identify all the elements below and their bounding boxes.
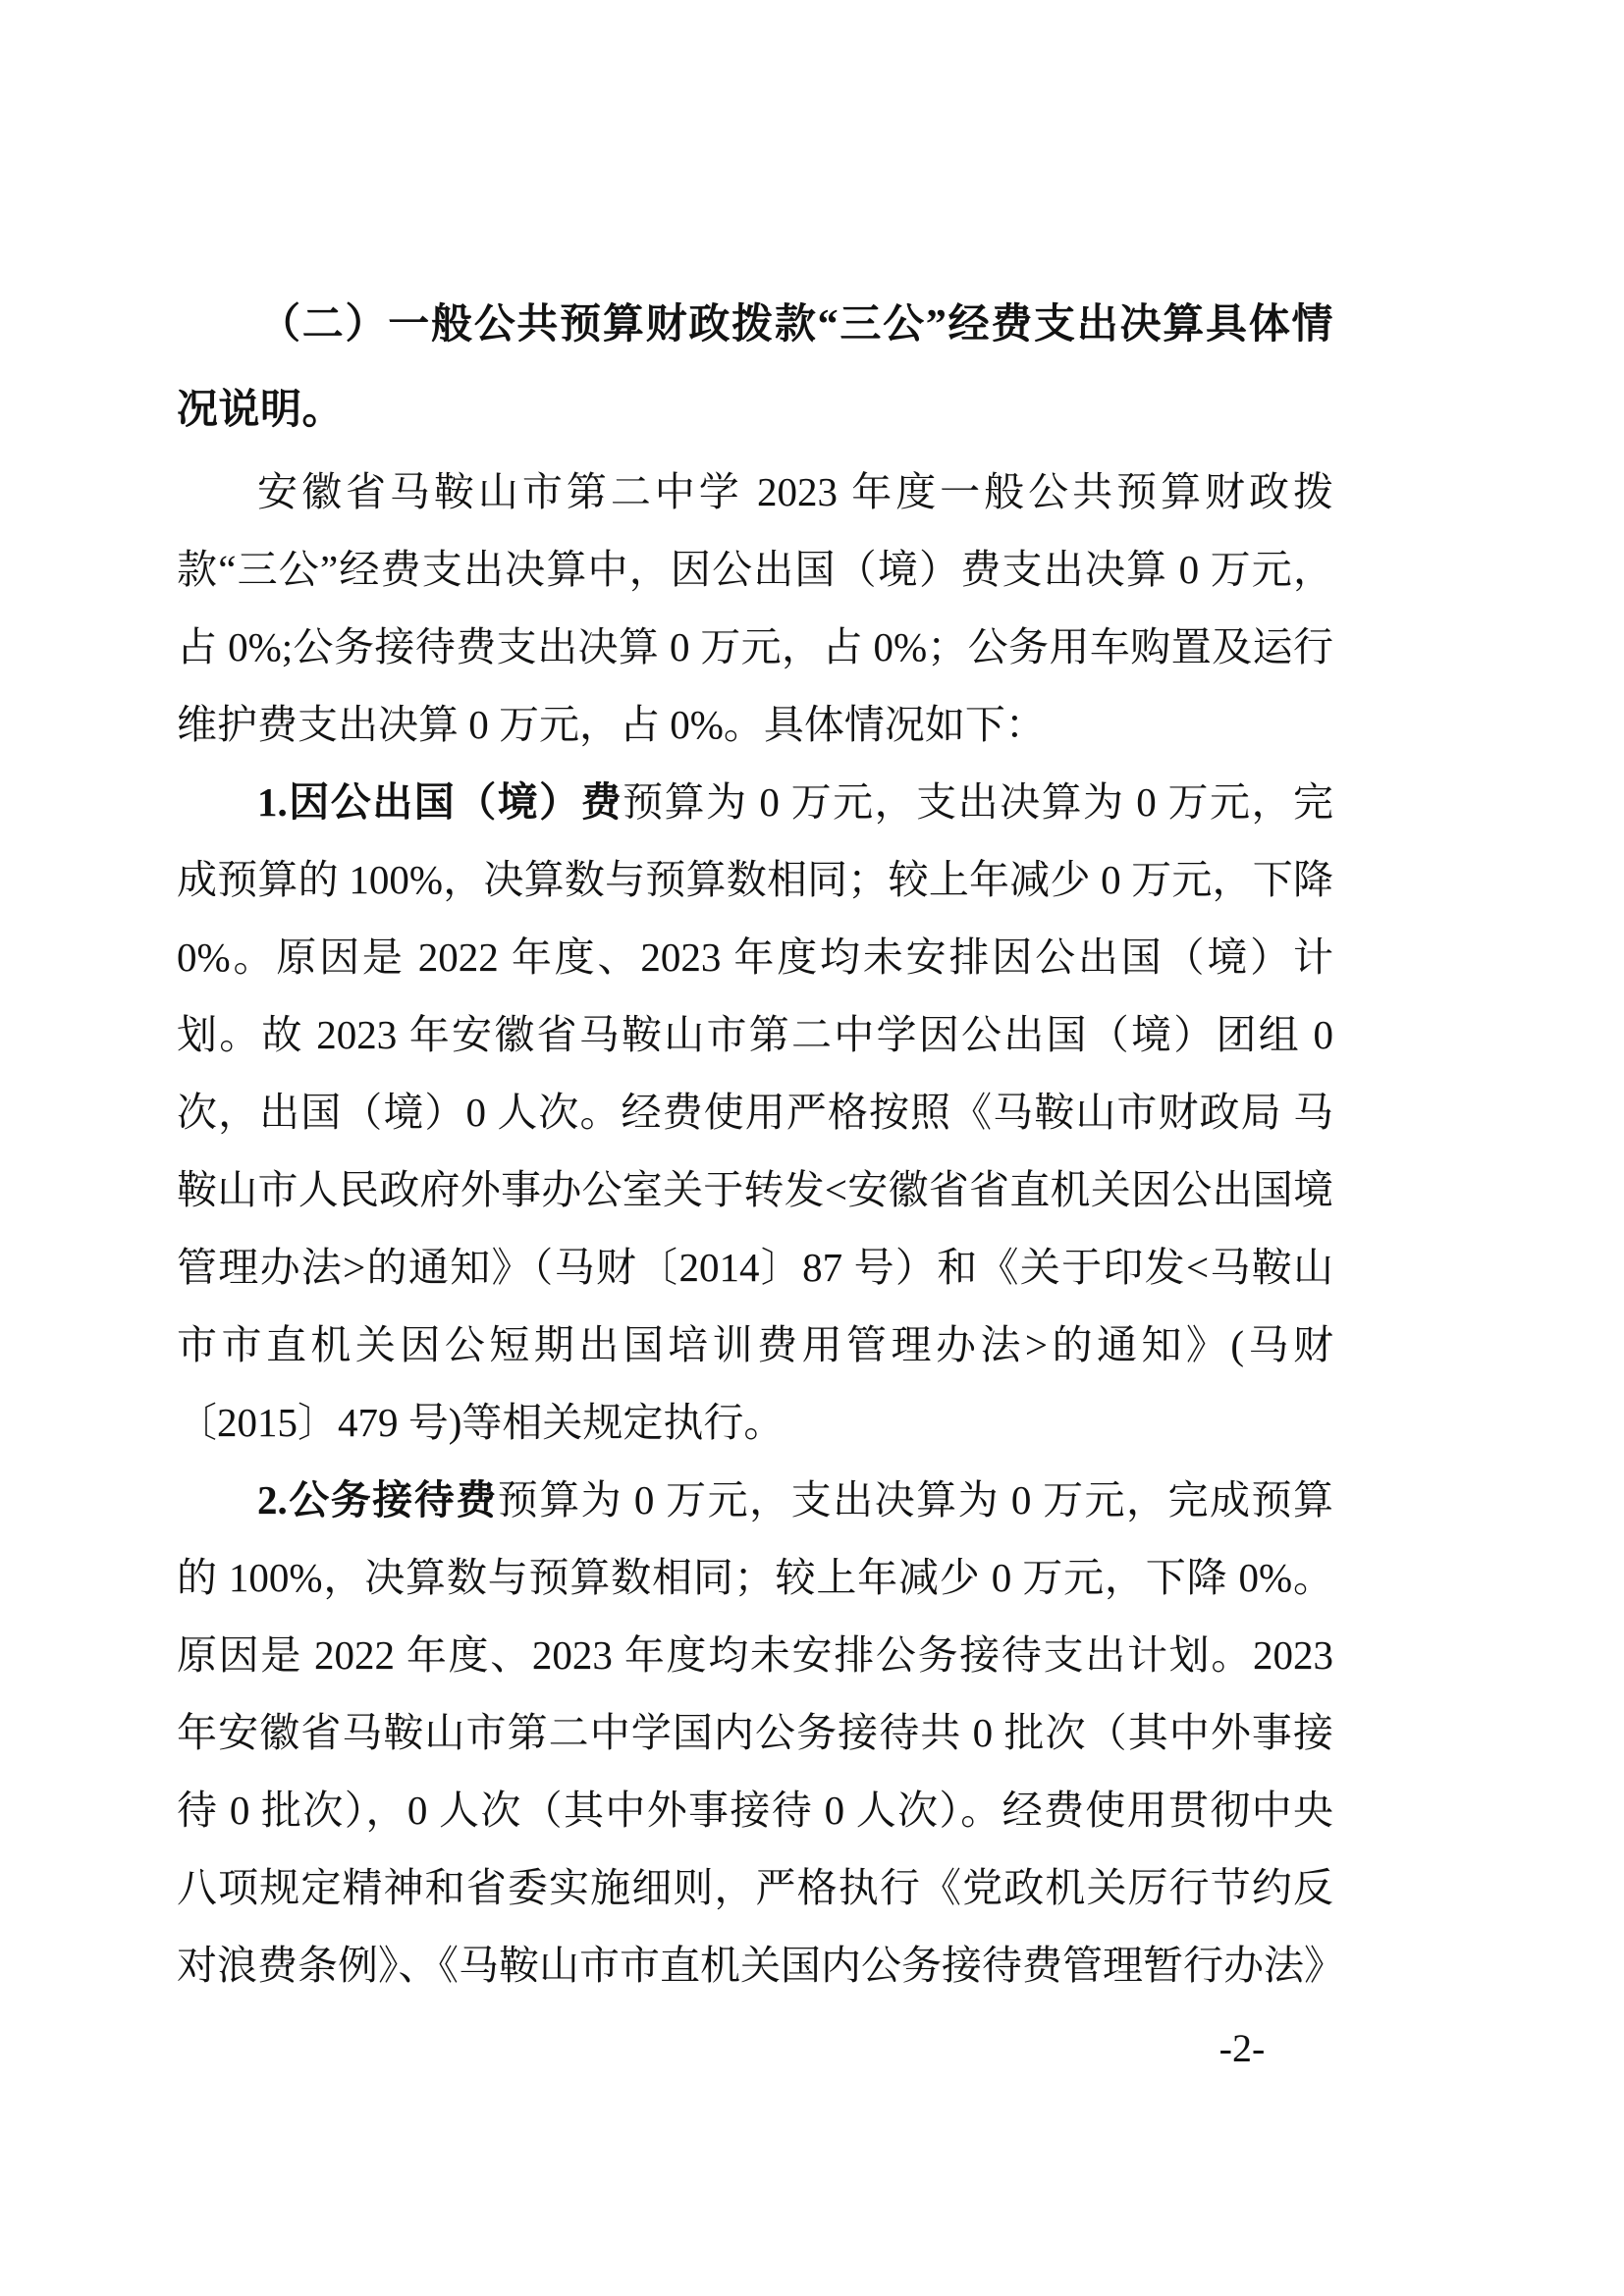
item-2-text: 预算为 0 万元，支出决算为 0 万元，完成预算的 100%，决算数与预算数相同… <box>177 1477 1344 1988</box>
item-1-lead: 1.因公出国（境）费 <box>257 779 623 825</box>
section-heading: （二）一般公共预算财政拨款“三公”经费支出决算具体情况说明。 <box>177 283 1333 454</box>
intro-paragraph: 安徽省马鞍山市第二中学 2023 年度一般公共预算财政拨款“三公”经费支出决算中… <box>177 454 1333 764</box>
item-paragraph-1: 1.因公出国（境）费预算为 0 万元，支出决算为 0 万元，完成预算的 100%… <box>177 764 1333 1462</box>
item-2-lead: 2.公务接待费 <box>257 1477 498 1522</box>
document-page: （二）一般公共预算财政拨款“三公”经费支出决算具体情况说明。 安徽省马鞍山市第二… <box>0 0 1624 2296</box>
item-paragraph-2: 2.公务接待费预算为 0 万元，支出决算为 0 万元，完成预算的 100%，决算… <box>177 1462 1333 2004</box>
item-1-text: 预算为 0 万元，支出决算为 0 万元，完成预算的 100%，决算数与预算数相同… <box>177 779 1333 1445</box>
page-number: -2- <box>1159 2025 1326 2072</box>
document-body: （二）一般公共预算财政拨款“三公”经费支出决算具体情况说明。 安徽省马鞍山市第二… <box>177 283 1333 2004</box>
